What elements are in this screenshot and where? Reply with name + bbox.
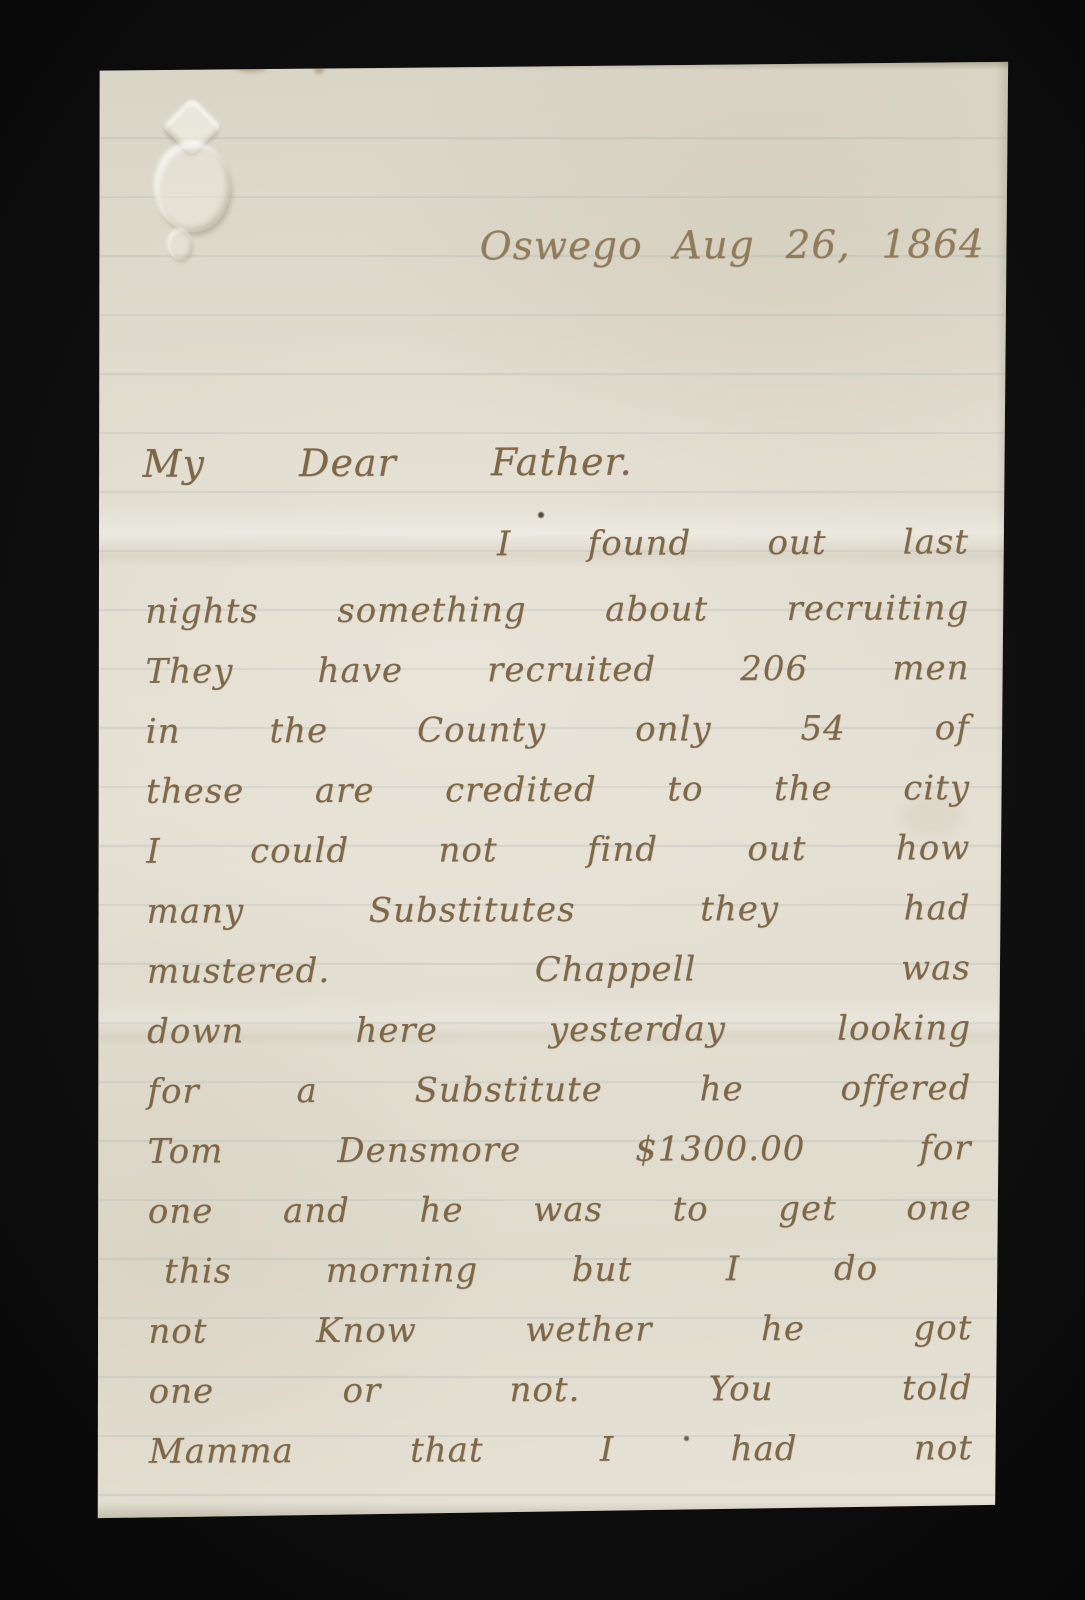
photo-background: Oswego Aug 26, 1864 My Dear Father. I fo… bbox=[0, 0, 1085, 1600]
manuscript-line: nights something about recruiting bbox=[145, 584, 969, 636]
manuscript-line: this morning but I do bbox=[164, 1245, 878, 1296]
manuscript-line: They have recruited 206 men bbox=[145, 644, 969, 696]
manuscript-line: these are credited to the city bbox=[146, 764, 970, 816]
dateline: Oswego Aug 26, 1864 bbox=[480, 222, 985, 269]
manuscript-line: not Know wether he got bbox=[148, 1304, 972, 1356]
manuscript-line: for a Substitute he offered bbox=[147, 1064, 971, 1116]
manuscript-line: one or not. You told bbox=[149, 1364, 973, 1416]
manuscript-line: in the County only 54 of bbox=[146, 704, 970, 756]
salutation: My Dear Father. bbox=[142, 440, 632, 486]
manuscript-line: down here yesterday looking bbox=[147, 1004, 971, 1056]
manuscript-line: I found out last bbox=[497, 518, 969, 568]
manuscript-line: one and he was to get one bbox=[148, 1184, 972, 1236]
letter-page: Oswego Aug 26, 1864 My Dear Father. I fo… bbox=[82, 56, 1010, 1524]
manuscript-line: mustered. Chappell was bbox=[147, 944, 971, 996]
manuscript-line: Mamma that I had not bbox=[149, 1424, 973, 1476]
manuscript-line: many Substitutes they had bbox=[146, 884, 970, 936]
handwritten-text: Oswego Aug 26, 1864 My Dear Father. I fo… bbox=[79, 54, 1013, 1526]
manuscript-line: Tom Densmore $1300.00 for bbox=[147, 1124, 971, 1176]
manuscript-line: I could not find out how bbox=[146, 824, 970, 876]
